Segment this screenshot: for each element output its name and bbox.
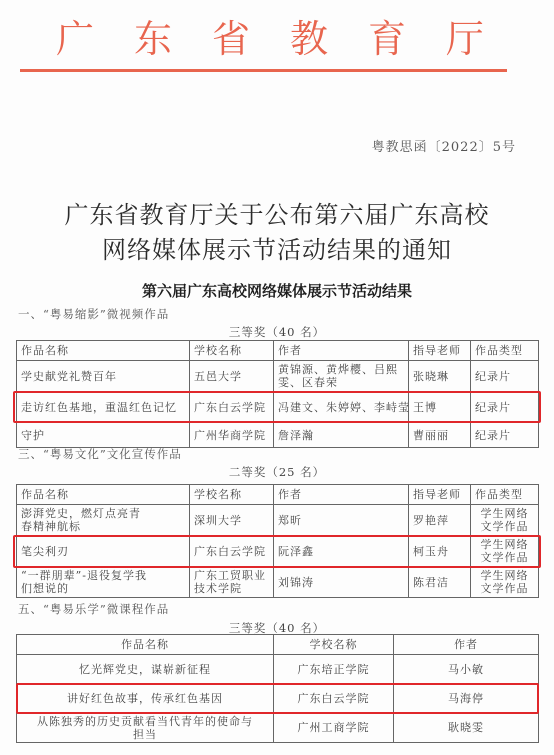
- column-header: 作品名称: [17, 341, 190, 361]
- masthead-char: 省: [212, 16, 250, 62]
- table-row-highlighted: 讲好红色故事，传承红色基因 广东白云学院 马海停: [17, 684, 539, 713]
- cell-author: 耿晓雯: [394, 713, 539, 743]
- cell-advisor: 张晓琳: [409, 361, 471, 392]
- award-label-1: 三等奖（40 名）: [0, 324, 554, 340]
- masthead-char: 东: [134, 16, 172, 62]
- results-table-2: 作品名称 学校名称 作者 指导老师 作品类型 澎湃党史，燃灯点亮青春精神航标 深…: [16, 484, 539, 598]
- cell-author: 马小敏: [394, 655, 539, 684]
- document-number: 粤教思函〔2022〕5号: [372, 136, 516, 155]
- cell-title: 守护: [17, 423, 190, 448]
- table-row: 守护 广州华商学院 詹泽瀚 曹丽丽 纪录片: [17, 423, 539, 448]
- cell-type: 纪录片: [471, 392, 539, 423]
- award-label-2: 二等奖（25 名）: [0, 464, 554, 480]
- cell-type: 纪录片: [471, 361, 539, 392]
- cell-title: 讲好红色故事，传承红色基因: [17, 684, 274, 713]
- cell-title: 学史献党礼赞百年: [17, 361, 190, 392]
- results-subtitle: 第六届广东高校网络媒体展示节活动结果: [0, 280, 554, 301]
- table-row-highlighted: 笔尖利刃 广东白云学院 阮泽鑫 柯玉舟 学生网络文学作品: [17, 536, 539, 567]
- table-header-row: 作品名称 学校名称 作者 指导老师 作品类型: [17, 485, 539, 505]
- section-heading-1: 一、“粤易缩影”微视频作品: [18, 306, 169, 322]
- cell-advisor: 罗艳萍: [409, 505, 471, 536]
- cell-title: 走访红色基地，重温红色记忆: [17, 392, 190, 423]
- masthead-char: 教: [290, 16, 328, 62]
- cell-author: 刘锦涛: [274, 567, 409, 598]
- cell-school: 广州工商学院: [274, 713, 394, 743]
- column-header: 作品名称: [17, 485, 190, 505]
- cell-author: 马海停: [394, 684, 539, 713]
- table-row-highlighted: 走访红色基地，重温红色记忆 广东白云学院 冯建文、朱婷婷、李峙莹 王博 纪录片: [17, 392, 539, 423]
- cell-school: 广东培正学院: [274, 655, 394, 684]
- cell-advisor: 陈君洁: [409, 567, 471, 598]
- document-title-line-1: 广东省教育厅关于公布第六届广东高校: [0, 195, 554, 230]
- cell-type: 纪录片: [471, 423, 539, 448]
- column-header: 作者: [274, 341, 409, 361]
- cell-title: 澎湃党史，燃灯点亮青春精神航标: [17, 505, 190, 536]
- cell-type: 学生网络文学作品: [471, 567, 539, 598]
- cell-author: 郑昕: [274, 505, 409, 536]
- results-table-3: 作品名称 学校名称 作者 忆光辉党史，谋崭新征程 广东培正学院 马小敏 讲好红色…: [16, 634, 539, 743]
- cell-title: 忆光辉党史，谋崭新征程: [17, 655, 274, 684]
- table-header-row: 作品名称 学校名称 作者: [17, 635, 539, 655]
- cell-advisor: 曹丽丽: [409, 423, 471, 448]
- masthead: 广 东 省 教 育 厅: [20, 14, 510, 64]
- cell-school: 广东白云学院: [274, 684, 394, 713]
- cell-author: 冯建文、朱婷婷、李峙莹: [274, 392, 409, 423]
- masthead-char: 厅: [446, 16, 484, 62]
- cell-advisor: 柯玉舟: [409, 536, 471, 567]
- cell-school: 广东工贸职业技术学院: [190, 567, 274, 598]
- table-row: 从陈独秀的历史贡献看当代青年的使命与担当 广州工商学院 耿晓雯: [17, 713, 539, 743]
- column-header: 学校名称: [274, 635, 394, 655]
- column-header: 指导老师: [409, 485, 471, 505]
- cell-school: 广州华商学院: [190, 423, 274, 448]
- column-header: 作品类型: [471, 341, 539, 361]
- cell-type: 学生网络文学作品: [471, 536, 539, 567]
- cell-school: 五邑大学: [190, 361, 274, 392]
- cell-title: “一群朋辈”-退役复学我们想说的: [17, 567, 190, 598]
- masthead-char: 广: [56, 16, 94, 62]
- document-title-line-2: 网络媒体展示节活动结果的通知: [0, 230, 554, 265]
- cell-advisor: 王博: [409, 392, 471, 423]
- table-row: 澎湃党史，燃灯点亮青春精神航标 深圳大学 郑昕 罗艳萍 学生网络文学作品: [17, 505, 539, 536]
- masthead-char: 育: [368, 16, 406, 62]
- results-table-1: 作品名称 学校名称 作者 指导老师 作品类型 学史献党礼赞百年 五邑大学 黄锦源…: [16, 340, 539, 448]
- masthead-divider: [20, 69, 507, 72]
- section-heading-3: 五、“粤易乐学”微课程作品: [18, 601, 169, 617]
- table-row: “一群朋辈”-退役复学我们想说的 广东工贸职业技术学院 刘锦涛 陈君洁 学生网络…: [17, 567, 539, 598]
- cell-school: 广东白云学院: [190, 536, 274, 567]
- cell-title: 笔尖利刃: [17, 536, 190, 567]
- column-header: 作者: [394, 635, 539, 655]
- cell-school: 广东白云学院: [190, 392, 274, 423]
- cell-school: 深圳大学: [190, 505, 274, 536]
- column-header: 指导老师: [409, 341, 471, 361]
- section-heading-2: 三、“粤易文化”文化宣传作品: [18, 446, 182, 462]
- column-header: 作品类型: [471, 485, 539, 505]
- table-header-row: 作品名称 学校名称 作者 指导老师 作品类型: [17, 341, 539, 361]
- column-header: 作品名称: [17, 635, 274, 655]
- cell-type: 学生网络文学作品: [471, 505, 539, 536]
- column-header: 学校名称: [190, 485, 274, 505]
- table-row: 学史献党礼赞百年 五邑大学 黄锦源、黄烨樱、吕熙雯、区春荣 张晓琳 纪录片: [17, 361, 539, 392]
- column-header: 作者: [274, 485, 409, 505]
- cell-author: 詹泽瀚: [274, 423, 409, 448]
- cell-title: 从陈独秀的历史贡献看当代青年的使命与担当: [17, 713, 274, 743]
- cell-author: 黄锦源、黄烨樱、吕熙雯、区春荣: [274, 361, 409, 392]
- column-header: 学校名称: [190, 341, 274, 361]
- table-row: 忆光辉党史，谋崭新征程 广东培正学院 马小敏: [17, 655, 539, 684]
- cell-author: 阮泽鑫: [274, 536, 409, 567]
